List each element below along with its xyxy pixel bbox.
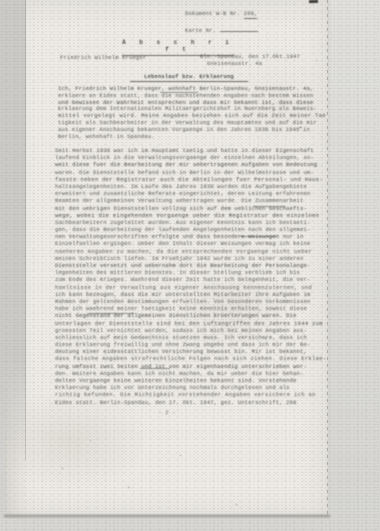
address-line: Gneisenaustr. 4a (207, 60, 262, 67)
blank-fill-rule (220, 26, 258, 32)
scan-artifact-dash (309, 0, 318, 3)
document-heading: Lebenslauf bzw. Erklaerung (130, 73, 248, 82)
text-underline-mark (88, 313, 134, 314)
text-line: delten Vorgaenge keine weiteren Einzelhe… (55, 377, 329, 384)
text-line: dass falsche Angaben strafrechtliche Fol… (55, 355, 329, 362)
doc-reference-line: Dokument W-B Nr. 208, (185, 10, 257, 17)
scan-speckles (0, 0, 1, 1)
text-line: deutung einer eidesstattlichen Versicher… (55, 348, 329, 355)
text-line: nen Verwaltungsvorschriften erfolgte und… (55, 233, 329, 240)
card-number-label: Karte Nr. (185, 27, 216, 34)
text-line: tigkeit als Sachbearbeiter in der Verwal… (58, 120, 326, 127)
text-line: Rahmen der geltenden Bestimmungen erfuel… (55, 298, 329, 305)
text-line: legenheiten des mittleren Dienstes. In d… (55, 269, 329, 276)
text-underline-mark (160, 92, 198, 93)
text-line: aus eigener Anschauung bekannten Vorgaen… (58, 127, 326, 134)
text-line: Einzelfaellen ergingen. Ueber den Inhalt… (55, 240, 329, 247)
text-line: richtig befunden. Die Richtigkeit vorste… (55, 391, 329, 398)
text-line: fasste neben der Registratur auch die Ab… (55, 176, 329, 183)
text-line: habe ich waehrend meiner Taetigkeit kein… (55, 305, 329, 312)
scanned-document-photo: Dokument W-B Nr. 208, Karte Nr. A b s c … (0, 0, 380, 531)
sender-name: Friedrich Wilhelm Krueger (60, 54, 146, 61)
text-line: schliesslich auf mein Gedaechtnis stuetz… (55, 334, 329, 341)
text-line: weit diese fuer die Bearbeitung der mir … (55, 161, 329, 168)
text-line: Dienststelle versetzt und uebernahm dort… (55, 262, 329, 269)
text-line: Unterlagen der Dienststelle sind bei den… (55, 320, 329, 327)
text-line: zum Ende des Krieges. Waehrend dieser Ze… (55, 276, 329, 283)
text-line: Seit Herbst 1938 war ich im Hauptamt tae… (55, 147, 329, 154)
doc-reference-number: 208, (244, 10, 258, 19)
place-date-line: Bln.-Spandau, den 17.Okt.1947 (200, 53, 300, 60)
text-line: Berlin, wohnhaft in Spandau. (58, 134, 326, 141)
text-line: rung umfasst zwei Seiten und ist von mir… (55, 363, 329, 370)
doc-reference-label: Dokument W-B Nr. (185, 10, 240, 17)
text-line: ich kann bezeugen, dass die mir unterste… (55, 291, 329, 298)
scan-bottom-margin (0, 519, 380, 531)
text-line: mit den uebrigen Dienststellen vollzog s… (55, 205, 329, 212)
text-line: Eides statt. Berlin-Spandau, den 17. Okt… (55, 399, 329, 406)
page-number: - 2 - (0, 409, 334, 416)
card-number-line: Karte Nr. (185, 26, 258, 34)
text-line: mittel vorgelegt wird. Meine Angaben bez… (58, 113, 326, 120)
text-line: laufend Einblick in die Verwaltungsvorga… (55, 154, 329, 161)
text-line: meinen Schreibtisch liefen. Im Fruehjahr… (55, 255, 329, 262)
paragraph-1: Ich, Friedrich Wilhelm Krueger, wohnhaft… (58, 86, 326, 140)
text-line: haeltnisse in der Verwaltung aus eigener… (55, 284, 329, 291)
text-line: haltsangelegenheiten. Im Laufe des Jahre… (55, 183, 329, 190)
text-line: und Gewissen der Wahrheit entsprechen un… (58, 100, 326, 107)
text-underline-mark (240, 236, 276, 237)
text-line: Erklaerung dem Internationalen Militaerg… (58, 106, 326, 113)
text-underline-mark (140, 368, 170, 369)
text-line: waren. Die Dienststelle befand sich in B… (55, 169, 329, 176)
text-line: erklaere an Eides statt, dass die nachst… (58, 93, 326, 100)
scan-left-margin (0, 0, 26, 460)
text-line: groessten Teil vernichtet worden, sodass… (55, 327, 329, 334)
text-line: naeheren Angaben zu machen, da die entsp… (55, 248, 329, 255)
text-underline-mark (253, 206, 285, 207)
text-line: Erklaerung habe ich vor Unterzeichnung n… (55, 384, 329, 391)
scan-right-margin (329, 0, 380, 531)
text-line: den. Weitere Angaben kann ich nicht mach… (55, 370, 329, 377)
text-line: Sachbearbeitern zugeleitet wurden. Aus e… (55, 219, 329, 226)
paragraph-2: Seit Herbst 1938 war ich im Hauptamt tae… (55, 147, 329, 406)
text-line: Beamten der allgemeinen Verwaltung ueber… (55, 197, 329, 204)
text-line: erweitert und zusaetzliche Referate eing… (55, 190, 329, 197)
text-line: gen, dass die Bearbeitung der laufenden … (55, 226, 329, 233)
text-line: diese Erklaerung freiwillig und ohne Zwa… (55, 341, 329, 348)
text-line: wege, wobei die eingehenden Vorgaenge ue… (55, 212, 329, 219)
